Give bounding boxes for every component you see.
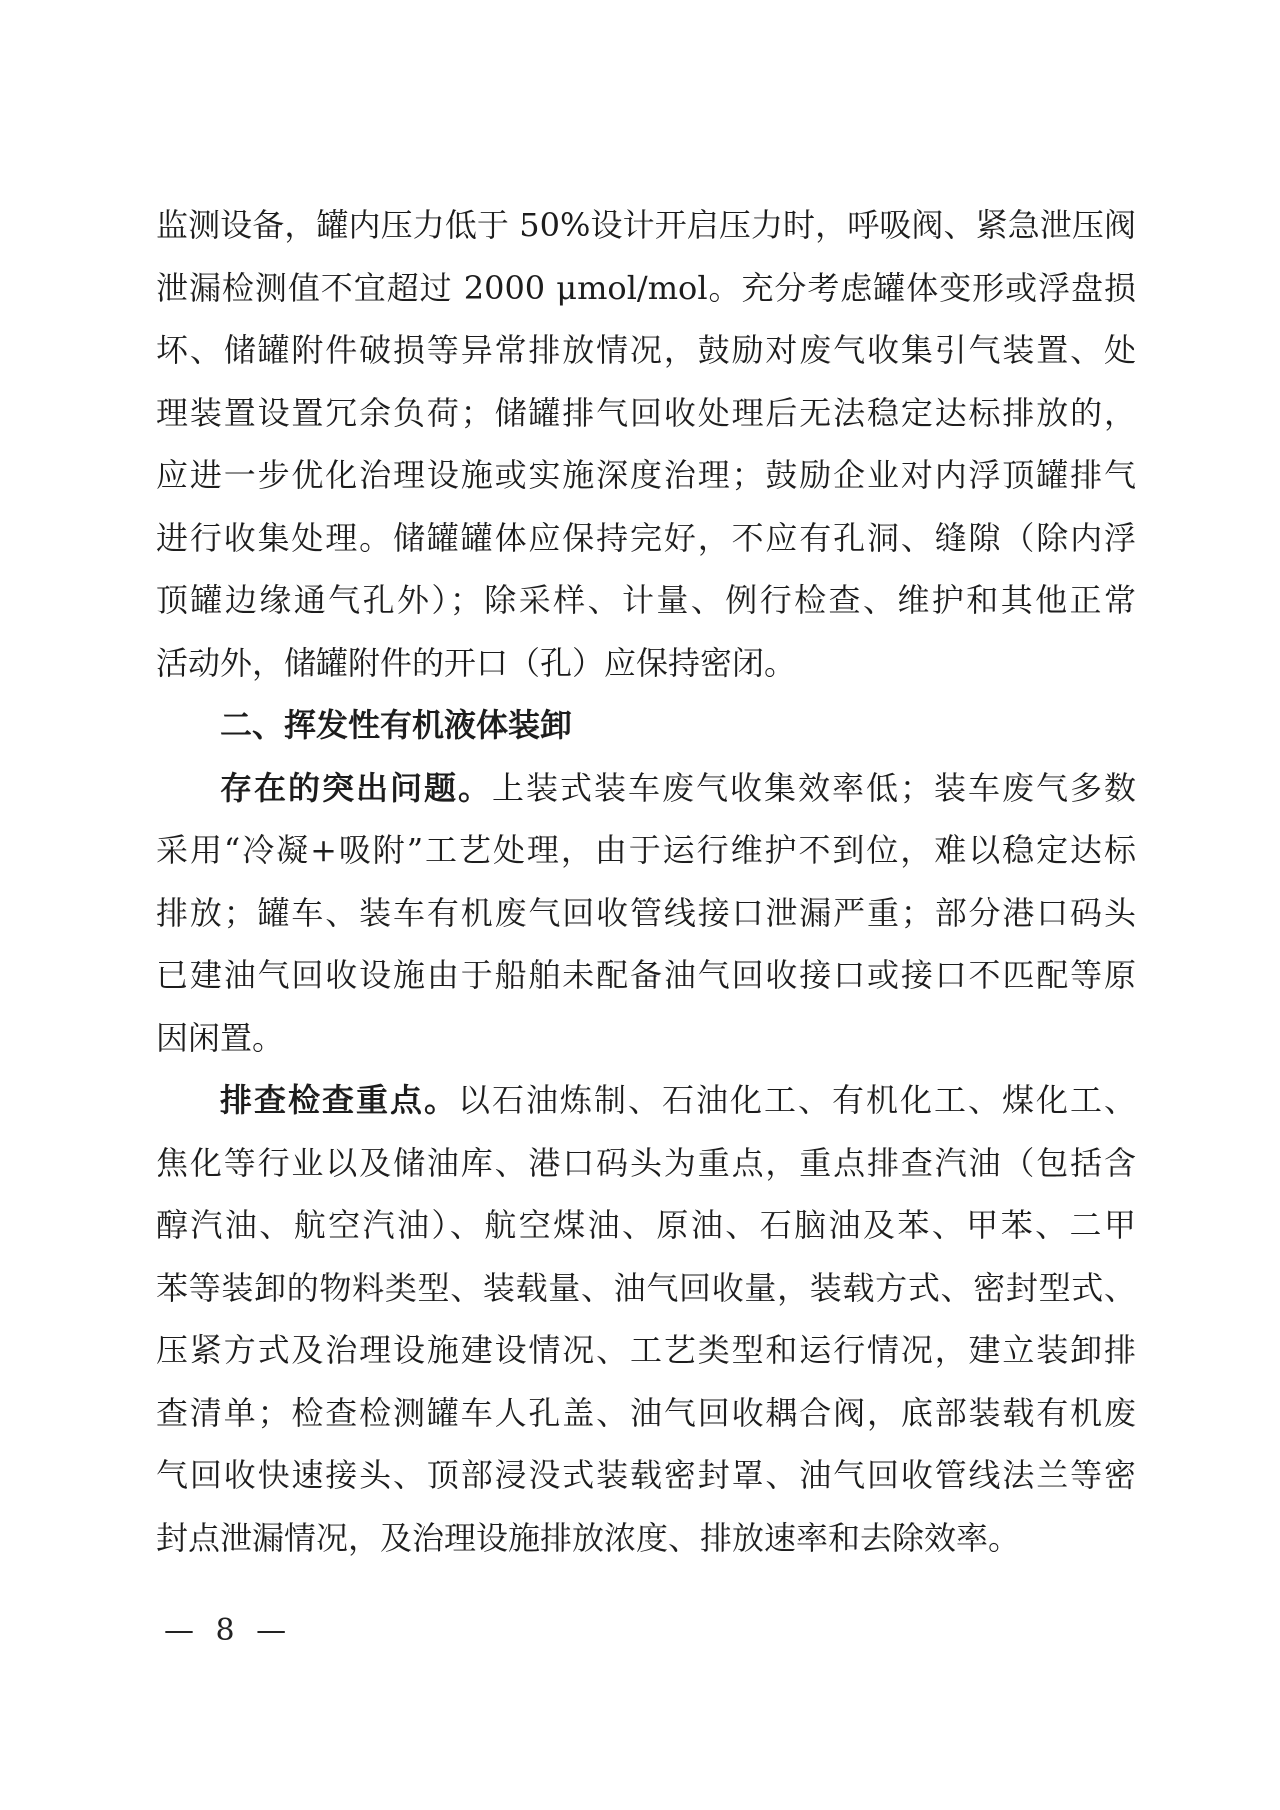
body-line: 焦化等行业以及储油库、港口码头为重点，重点排查汽油（包括含: [156, 1132, 1136, 1195]
body-line: 顶罐边缘通气孔外）；除采样、计量、例行检查、维护和其他正常: [156, 569, 1136, 632]
body-line: 查清单；检查检测罐车人孔盖、油气回收耦合阀，底部装载有机废: [156, 1382, 1136, 1445]
document-body: 监测设备，罐内压力低于 50%设计开启压力时，呼吸阀、紧急泄压阀 泄漏检测值不宜…: [156, 194, 1136, 1569]
page-number: — 8 —: [164, 1610, 286, 1652]
body-line: 监测设备，罐内压力低于 50%设计开启压力时，呼吸阀、紧急泄压阀: [156, 194, 1136, 257]
body-line: 存在的突出问题。上装式装车废气收集效率低；装车废气多数: [156, 757, 1136, 820]
body-line: 进行收集处理。储罐罐体应保持完好，不应有孔洞、缝隙（除内浮: [156, 507, 1136, 570]
body-line: 苯等装卸的物料类型、装载量、油气回收量，装载方式、密封型式、: [156, 1257, 1136, 1320]
body-line: 泄漏检测值不宜超过 2000 μmol/mol。充分考虑罐体变形或浮盘损: [156, 257, 1136, 320]
line-text: 上装式装车废气收集效率低；装车废气多数: [492, 769, 1136, 807]
section-heading: 二、挥发性有机液体装卸: [156, 694, 1136, 757]
document-page: 监测设备，罐内压力低于 50%设计开启压力时，呼吸阀、紧急泄压阀 泄漏检测值不宜…: [0, 0, 1280, 1810]
body-line: 坏、储罐附件破损等异常排放情况，鼓励对废气收集引气装置、处: [156, 319, 1136, 382]
body-line: 已建油气回收设施由于船舶未配备油气回收接口或接口不匹配等原: [156, 944, 1136, 1007]
line-text: 以石油炼制、石油化工、有机化工、煤化工、: [458, 1081, 1136, 1119]
bold-lead: 排查检查重点。: [220, 1082, 458, 1118]
body-line: 封点泄漏情况，及治理设施排放浓度、排放速率和去除效率。: [156, 1507, 1136, 1570]
body-line: 应进一步优化治理设施或实施深度治理；鼓励企业对内浮顶罐排气: [156, 444, 1136, 507]
body-line: 醇汽油、航空汽油）、航空煤油、原油、石脑油及苯、甲苯、二甲: [156, 1194, 1136, 1257]
bold-lead: 存在的突出问题。: [220, 770, 492, 806]
body-line: 因闲置。: [156, 1007, 1136, 1070]
body-line: 压紧方式及治理设施建设情况、工艺类型和运行情况，建立装卸排: [156, 1319, 1136, 1382]
body-line: 排查检查重点。以石油炼制、石油化工、有机化工、煤化工、: [156, 1069, 1136, 1132]
body-line: 排放；罐车、装车有机废气回收管线接口泄漏严重；部分港口码头: [156, 882, 1136, 945]
body-line: 活动外，储罐附件的开口（孔）应保持密闭。: [156, 632, 1136, 695]
body-line: 采用“冷凝+吸附”工艺处理，由于运行维护不到位，难以稳定达标: [156, 819, 1136, 882]
body-line: 气回收快速接头、顶部浸没式装载密封罩、油气回收管线法兰等密: [156, 1444, 1136, 1507]
body-line: 理装置设置冗余负荷；储罐排气回收处理后无法稳定达标排放的，: [156, 382, 1136, 445]
